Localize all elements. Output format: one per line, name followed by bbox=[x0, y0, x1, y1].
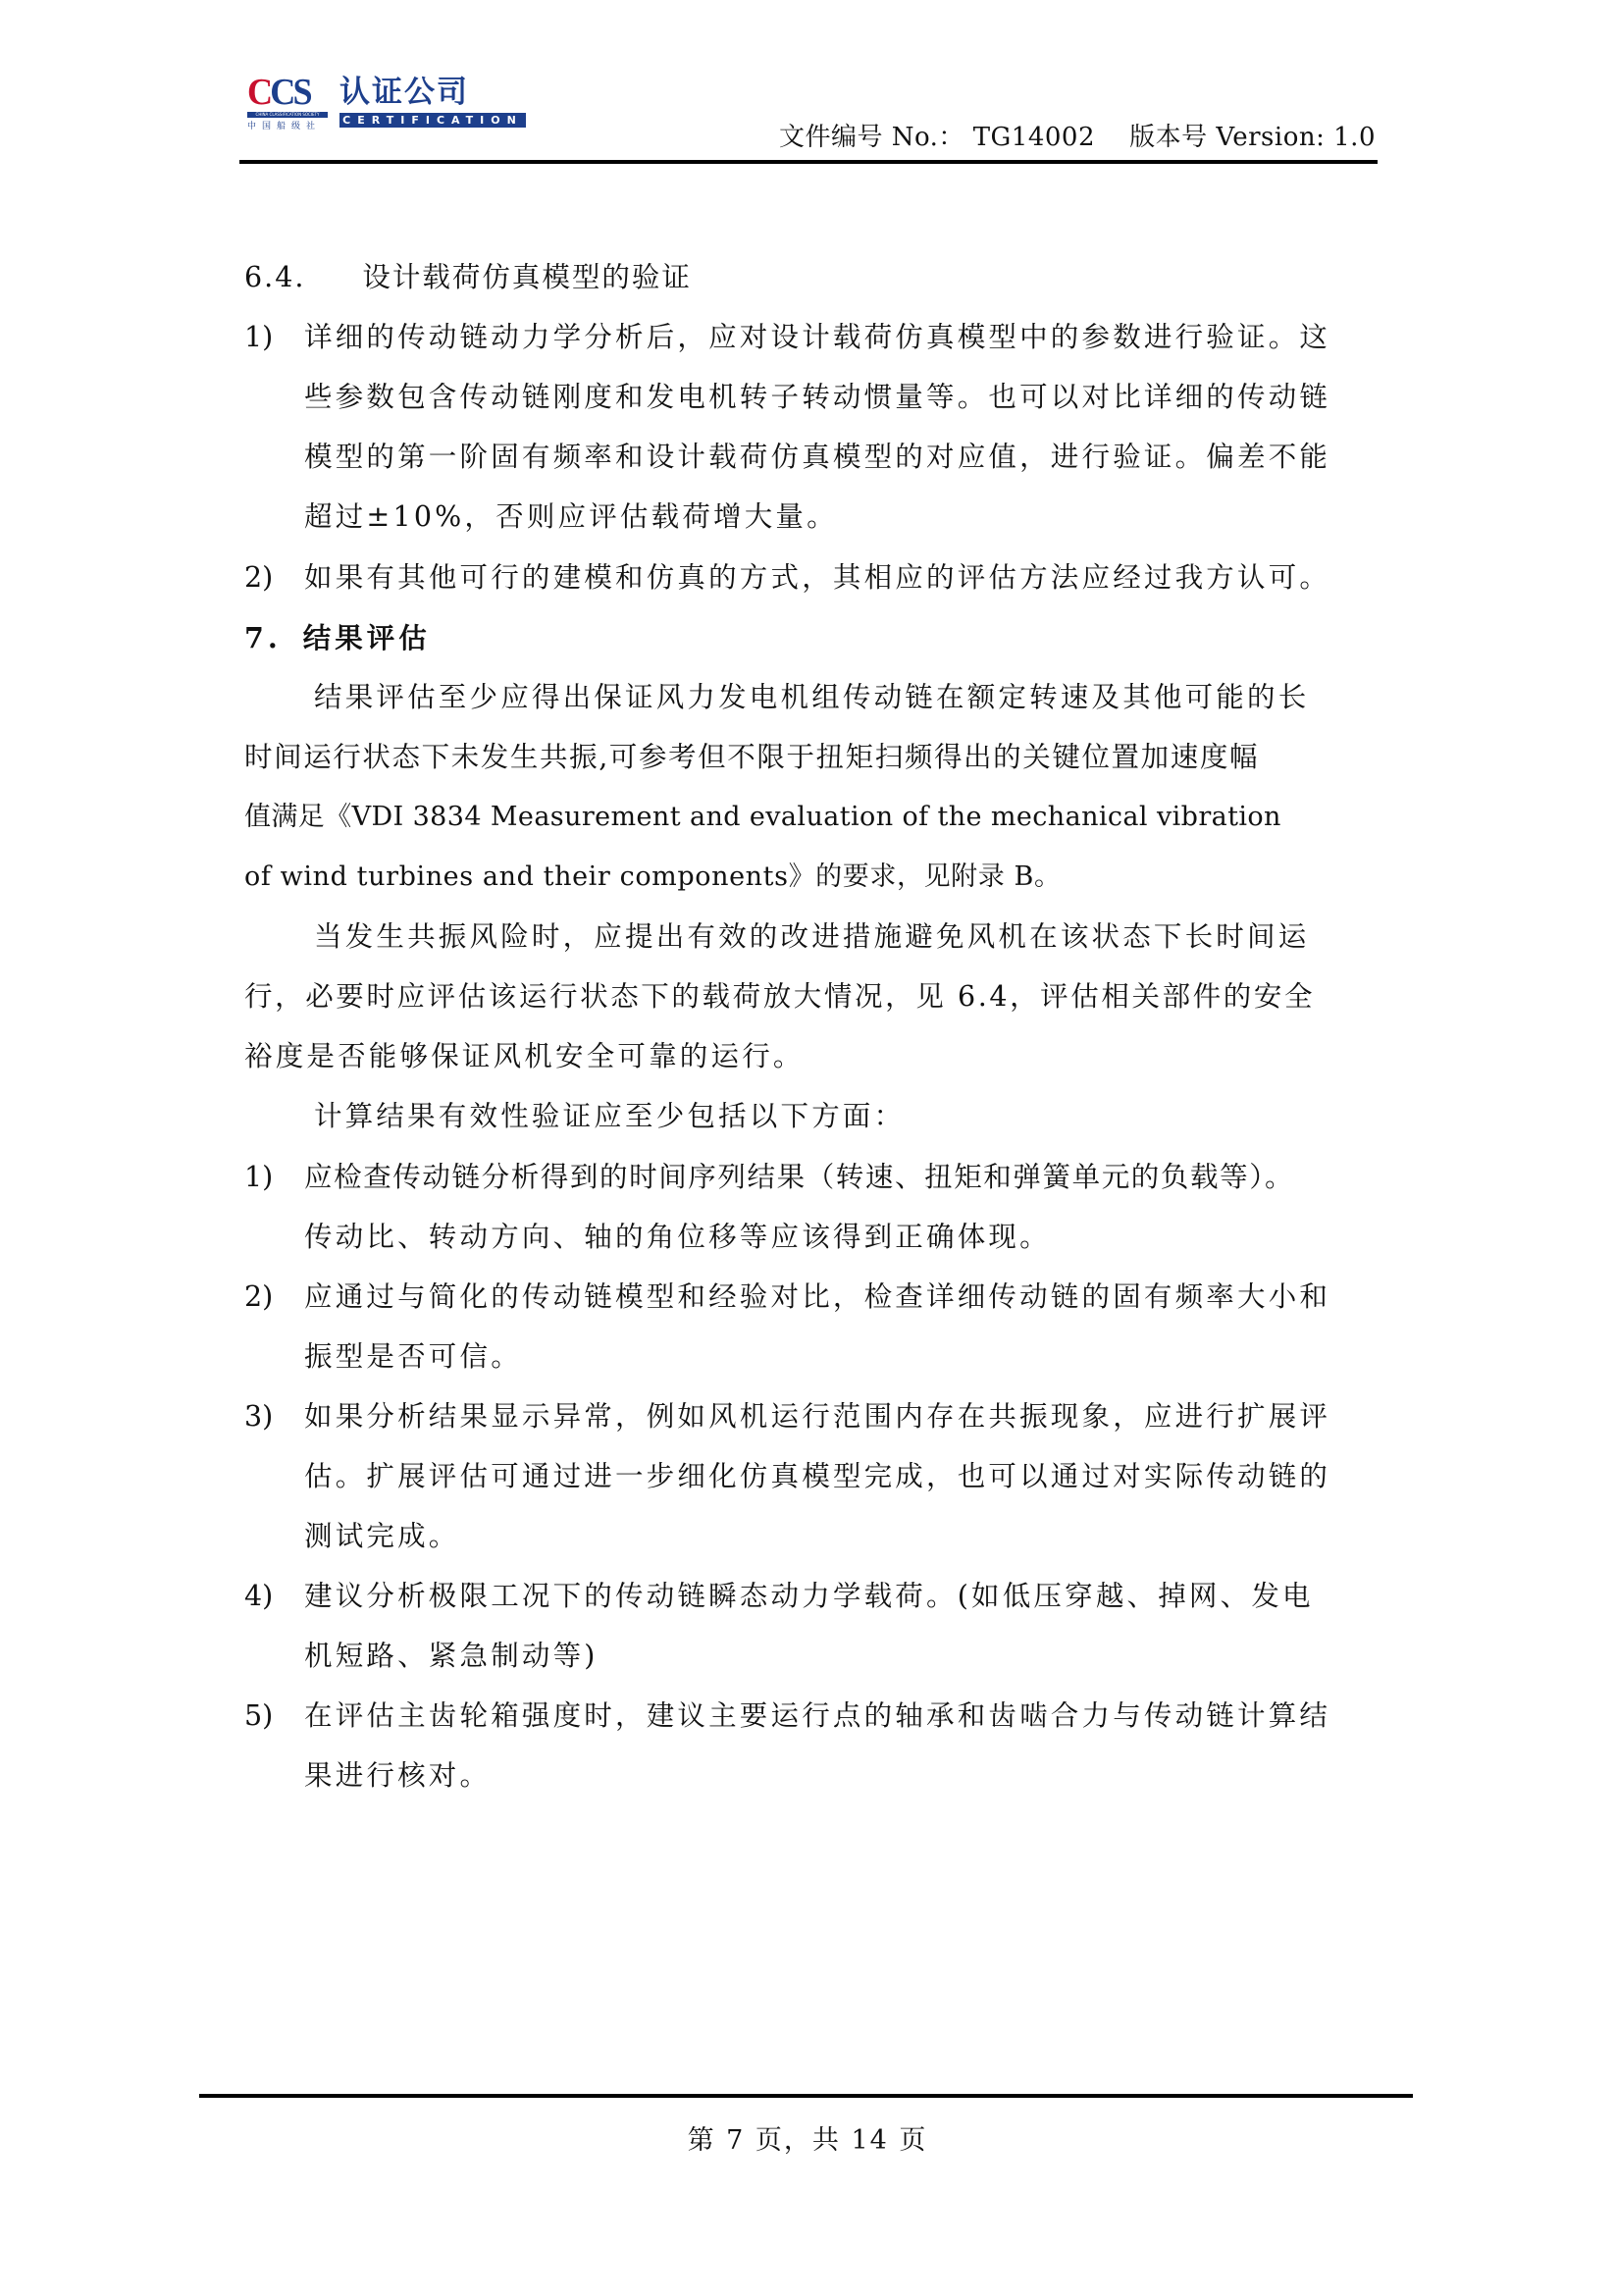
paragraph-line: 行，必要时应评估该运行状态下的载荷放大情况，见 6.4，评估相关部件的安全 bbox=[244, 977, 1315, 1017]
list-item-line: 建议分析极限工况下的传动链瞬态动力学载荷。(如低压穿越、掉网、发电 bbox=[304, 1577, 1314, 1616]
section-number: 6.4. bbox=[244, 261, 305, 293]
header-divider bbox=[239, 160, 1378, 164]
list-label: 3) bbox=[244, 1397, 273, 1436]
list-item-line: 在评估主齿轮箱强度时，建议主要运行点的轴承和齿啮合力与传动链计算结 bbox=[304, 1696, 1330, 1736]
list-item-line: 模型的第一阶固有频率和设计载荷仿真模型的对应值，进行验证。偏差不能 bbox=[304, 438, 1330, 477]
ccs-logo-mark: CCS CHINA CLASSIFICATION SOCIETY 中国船级社 bbox=[247, 75, 328, 131]
doc-number: TG14002 bbox=[973, 123, 1095, 152]
list-label: 2) bbox=[244, 558, 273, 598]
paragraph-line: 值满足《VDI 3834 Measurement and evaluation … bbox=[244, 798, 1281, 837]
section-heading-7: 7.结果评估 bbox=[244, 618, 431, 657]
section-number: 7. bbox=[244, 621, 282, 654]
company-name-cn: 认证公司 bbox=[339, 75, 526, 110]
version-label: 版本号 Version: bbox=[1129, 123, 1325, 152]
section-title: 结果评估 bbox=[303, 621, 431, 654]
list-item-line: 些参数包含传动链刚度和发电机转子转动惯量等。也可以对比详细的传动链 bbox=[304, 378, 1330, 417]
document-page: CCS CHINA CLASSIFICATION SOCIETY 中国船级社 认… bbox=[0, 0, 1615, 2296]
list-item-line: 详细的传动链动力学分析后，应对设计载荷仿真模型中的参数进行验证。这 bbox=[304, 318, 1330, 357]
doc-number-label: 文件编号 No.： bbox=[779, 123, 964, 152]
page-number: 第 7 页，共 14 页 bbox=[0, 2125, 1615, 2157]
list-item-line: 估。扩展评估可通过进一步细化仿真模型完成，也可以通过对实际传动链的 bbox=[304, 1457, 1330, 1496]
document-number-line: 文件编号 No.： TG14002 版本号 Version: 1.0 bbox=[779, 123, 1376, 152]
list-item-line: 果进行核对。 bbox=[304, 1756, 491, 1796]
list-item-line: 振型是否可信。 bbox=[304, 1337, 522, 1377]
paragraph-line: 裕度是否能够保证风机安全可靠的运行。 bbox=[244, 1037, 805, 1076]
company-name-en: CERTIFICATION bbox=[339, 113, 526, 128]
version-number: 1.0 bbox=[1333, 123, 1376, 152]
ccs-certification-logo: CCS CHINA CLASSIFICATION SOCIETY 中国船级社 认… bbox=[247, 75, 526, 131]
paragraph-line: 时间运行状态下未发生共振,可参考但不限于扭矩扫频得出的关键位置加速度幅 bbox=[244, 738, 1259, 777]
list-label: 5) bbox=[244, 1696, 273, 1736]
list-item-line: 如果分析结果显示异常，例如风机运行范围内存在共振现象，应进行扩展评 bbox=[304, 1397, 1330, 1436]
list-label: 4) bbox=[244, 1577, 273, 1616]
ccs-society-cn: 中国船级社 bbox=[247, 119, 328, 131]
list-item-line: 传动比、转动方向、轴的角位移等应该得到正确体现。 bbox=[304, 1218, 1051, 1257]
paragraph-line: 结果评估至少应得出保证风力发电机组传动链在额定转速及其他可能的长 bbox=[314, 678, 1309, 717]
ccs-letters: CCS bbox=[247, 75, 324, 110]
section-title: 设计载荷仿真模型的验证 bbox=[362, 261, 692, 293]
list-item-line: 机短路、紧急制动等) bbox=[304, 1637, 599, 1676]
paragraph-line: of wind turbines and their components》的要… bbox=[244, 858, 1062, 897]
list-item-line: 超过±10%，否则应评估载荷增大量。 bbox=[304, 497, 838, 537]
paragraph-line: 当发生共振风险时，应提出有效的改进措施避免风机在该状态下长时间运 bbox=[314, 917, 1309, 957]
list-label: 1) bbox=[244, 1158, 273, 1197]
certification-logo-text: 认证公司 CERTIFICATION bbox=[339, 75, 526, 128]
list-label: 1) bbox=[244, 318, 273, 357]
list-item-line: 测试完成。 bbox=[304, 1517, 460, 1556]
footer-divider bbox=[199, 2094, 1413, 2098]
list-item-line: 应通过与简化的传动链模型和经验对比，检查详细传动链的固有频率大小和 bbox=[304, 1278, 1330, 1317]
list-label: 2) bbox=[244, 1278, 273, 1317]
list-item-line: 如果有其他可行的建模和仿真的方式，其相应的评估方法应经过我方认可。 bbox=[304, 558, 1330, 598]
section-heading-6-4: 6.4.设计载荷仿真模型的验证 bbox=[244, 258, 692, 297]
list-item-line: 应检查传动链分析得到的时间序列结果（转速、扭矩和弹簧单元的负载等）。 bbox=[304, 1158, 1294, 1197]
paragraph-line: 计算结果有效性验证应至少包括以下方面： bbox=[314, 1097, 905, 1136]
